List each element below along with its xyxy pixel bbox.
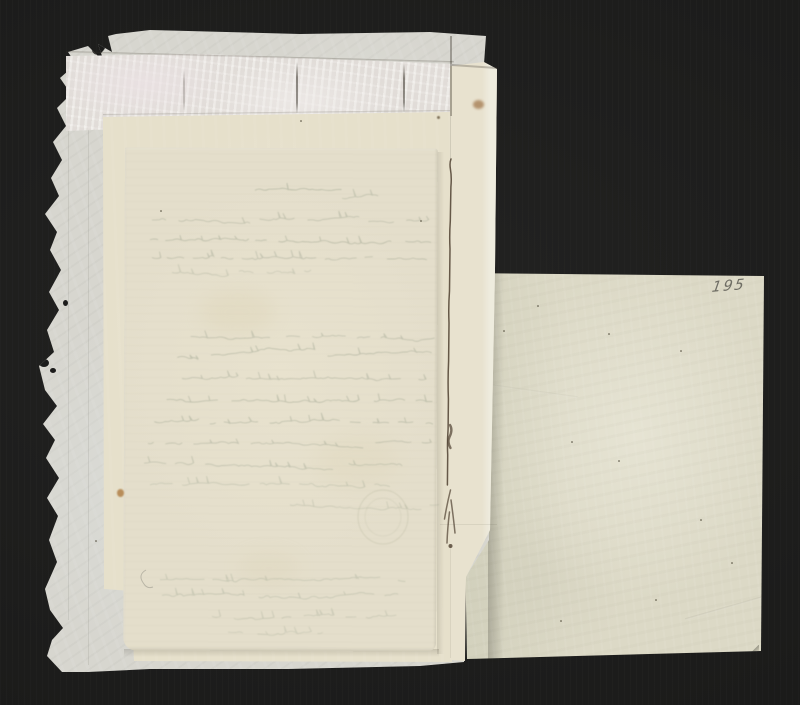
seam-line — [450, 36, 452, 116]
dust-speck — [618, 460, 620, 462]
dogear-fold — [747, 645, 759, 657]
archival-scan: 195 — [0, 0, 800, 705]
paper-edge-line — [440, 524, 497, 525]
dust-speck — [560, 620, 562, 622]
paper-slit — [296, 62, 298, 113]
paper-slit — [183, 70, 185, 110]
sheet-shadow — [437, 152, 444, 654]
paper-slit — [403, 64, 405, 112]
seam-line — [450, 116, 451, 160]
folio-number: 195 — [711, 276, 755, 296]
dust-speck — [680, 350, 682, 352]
dust-speck — [503, 330, 505, 332]
fold-line — [68, 120, 69, 620]
dust-speck — [731, 562, 733, 564]
dust-speck — [608, 333, 610, 335]
fold-line — [88, 125, 89, 665]
paper-crease — [685, 586, 799, 620]
dust-speck — [537, 305, 539, 307]
dust-speck — [420, 220, 422, 222]
stain-spot — [238, 552, 300, 584]
seam-line — [450, 546, 451, 658]
stain-spot — [437, 116, 440, 119]
stain-spot — [117, 489, 124, 497]
stain-spot — [473, 100, 484, 109]
stain-spot — [200, 290, 276, 334]
tear-hole — [63, 300, 68, 306]
dust-speck — [655, 599, 657, 601]
dust-speck — [95, 540, 97, 542]
dust-speck — [571, 441, 573, 443]
dust-speck — [300, 120, 302, 122]
dust-speck — [700, 519, 702, 521]
stain-spot — [315, 435, 399, 487]
tear-hole — [50, 368, 56, 373]
dust-speck — [160, 210, 162, 212]
tear-hole — [39, 359, 49, 367]
